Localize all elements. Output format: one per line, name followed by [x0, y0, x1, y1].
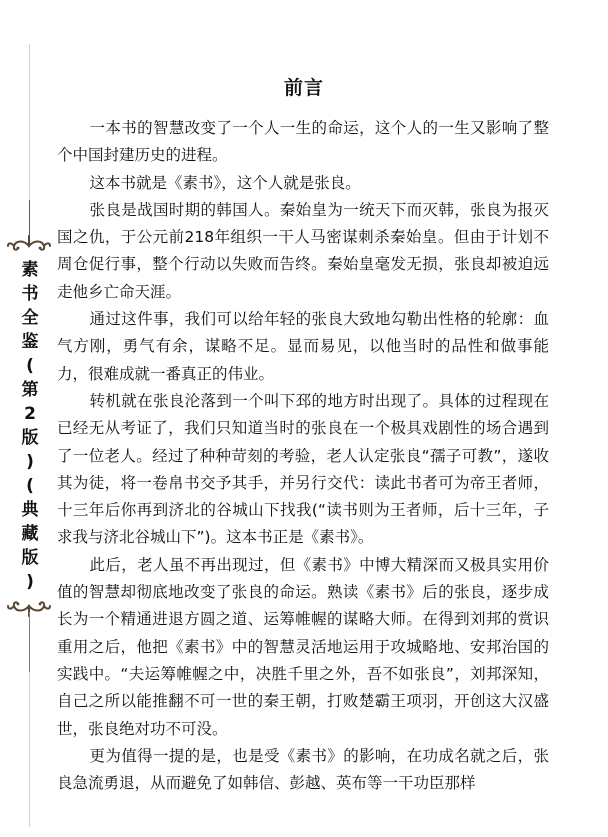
- page-title: 前言: [0, 73, 608, 100]
- spine-char: 素: [22, 258, 39, 282]
- spine-char: 2: [24, 402, 36, 426]
- spine-rule-top-accent: [29, 200, 30, 236]
- spine-rule-bottom-accent: [29, 612, 30, 672]
- paragraph: 这本书就是《素书》，这个人就是张良。: [57, 170, 549, 197]
- spine-char: (: [26, 354, 34, 378]
- paragraph: 张良是战国时期的韩国人。秦始皇为一统天下而灭韩，张良为报灭国之仇，于公元前218…: [57, 197, 549, 306]
- spine-char: 版: [22, 546, 39, 570]
- spine-char: 第: [22, 378, 39, 402]
- spine-char: 典: [22, 498, 39, 522]
- spine-char: 版: [22, 426, 39, 450]
- paragraph: 一本书的智慧改变了一个人一生的命运，这个人的一生又影响了整个中国封建历史的进程。: [57, 115, 549, 170]
- spine-char: (: [26, 474, 34, 498]
- paragraph: 更为值得一提的是，也是受《素书》的影响，在功成名就之后，张良急流勇退，从而避免了…: [57, 743, 549, 798]
- paragraph: 此后，老人虽不再出现过，但《素书》中博大精深而又极具实用价值的智慧却彻底地改变了…: [57, 552, 549, 743]
- spine-char: ): [26, 570, 34, 594]
- spine-char: ): [26, 450, 34, 474]
- preface-body: 一本书的智慧改变了一个人一生的命运，这个人的一生又影响了整个中国封建历史的进程。…: [57, 115, 549, 797]
- spine-char: 书: [22, 282, 39, 306]
- spine-char: 藏: [22, 522, 39, 546]
- scroll-flourish-icon: [6, 234, 52, 256]
- paragraph: 通过这件事，我们可以给年轻的张良大致地勾勒出性格的轮廓：血气方刚，勇气有余，谋略…: [57, 306, 549, 388]
- spine-char: 鉴: [22, 330, 39, 354]
- spine-char: 全: [22, 306, 39, 330]
- paragraph: 转机就在张良沦落到一个叫下邳的地方时出现了。具体的过程现在已经无从考证了，我们只…: [57, 388, 549, 552]
- book-spine-title: 素 书 全 鉴 ( 第 2 版 ) ( 典 藏 版 ): [12, 258, 48, 594]
